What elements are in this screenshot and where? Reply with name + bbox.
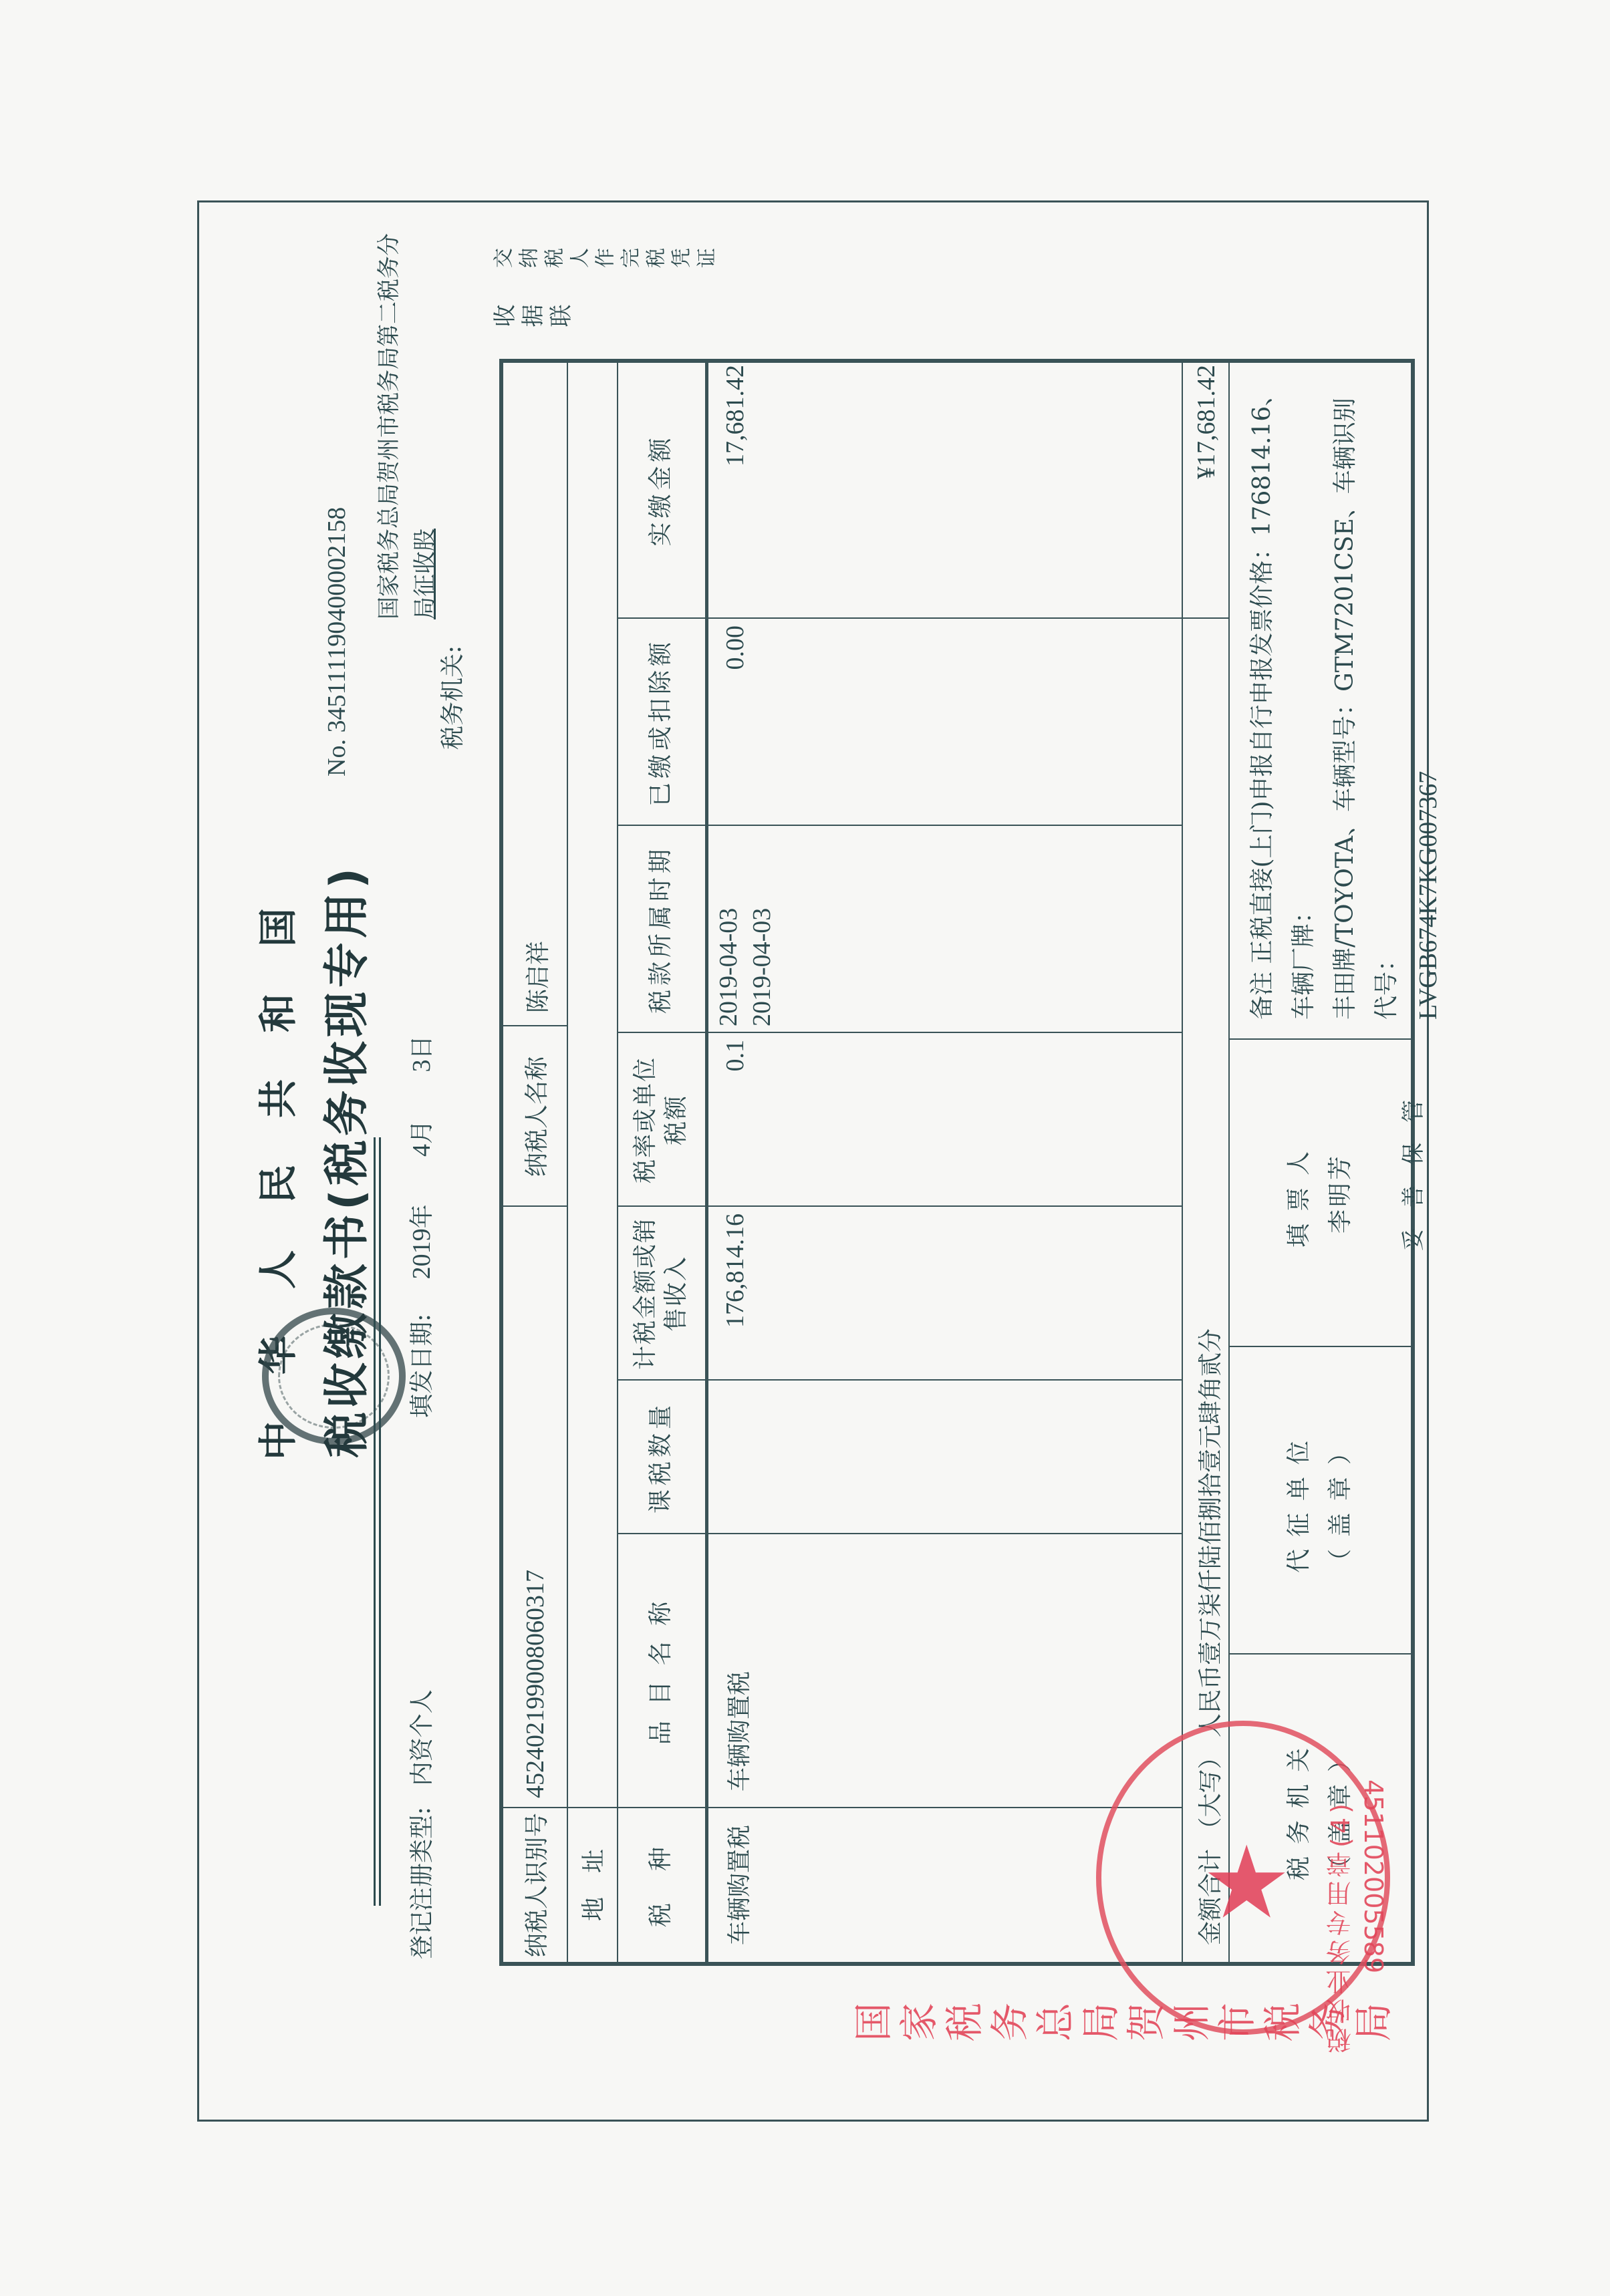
day-unit: 日 bbox=[403, 1035, 437, 1059]
seal-org-text: 国家税务总局贺州市税务局 bbox=[853, 1997, 1398, 2053]
issue-date-label: 填发日期: bbox=[403, 1314, 437, 1418]
filler-label: 填票人 bbox=[1279, 1139, 1320, 1248]
ticket-number-value: 345111190400002158 bbox=[323, 507, 351, 733]
period-start: 2019-04-03 bbox=[712, 908, 745, 1026]
cell-rate: 0.1 bbox=[720, 1040, 750, 1207]
registration-type: 登记注册类型: 内资个人 bbox=[403, 1689, 437, 1959]
period-end: 2019-04-03 bbox=[745, 908, 779, 1026]
col-header-period: 税款所属时期 bbox=[617, 826, 705, 1033]
issue-date-year: 2019 bbox=[407, 1228, 436, 1279]
col-header-rate: 税率或单位税额 bbox=[617, 1046, 705, 1193]
cell-tax-type: 车辆购置税 bbox=[720, 1825, 755, 1945]
tax-office-value: 国家税务总局贺州市税务局第二税务分 局征收股 bbox=[371, 205, 443, 619]
issue-date-month: 4 bbox=[407, 1144, 436, 1157]
title-underline bbox=[374, 1137, 376, 1906]
taxpayer-name-value: 陈启祥 bbox=[519, 941, 553, 1013]
row-divider bbox=[1182, 363, 1183, 1962]
col-header-quantity: 课税数量 bbox=[617, 1381, 705, 1534]
cell-item-name: 车辆购置税 bbox=[720, 1671, 755, 1791]
year-unit: 年 bbox=[403, 1204, 437, 1228]
keep-safe-note: 妥善保管 bbox=[1395, 1080, 1428, 1251]
col-header-taxable-amount: 计税金额或销售收入 bbox=[617, 1213, 705, 1374]
remarks-label: 备注 bbox=[1248, 972, 1276, 1020]
remarks-line2: 丰田牌/TOYOTA、车辆型号：GTM7201CSE、车辆识别代号： bbox=[1325, 382, 1407, 1020]
seal-star-icon: ★ bbox=[1202, 1833, 1291, 1933]
cell-actual-paid: 17,681.42 bbox=[720, 365, 750, 619]
title-country: 中华人民共和国 bbox=[247, 202, 303, 2120]
total-amount: ¥17,681.42 bbox=[1192, 365, 1221, 619]
address-label: 地 址 bbox=[567, 1808, 617, 1962]
agent-label: 代征单位 bbox=[1279, 1429, 1320, 1573]
remarks-line3: LVGB674K7KG007367 bbox=[1407, 382, 1449, 1020]
taxpayer-id-label: 纳税人识别号 bbox=[503, 1808, 567, 1962]
title-form-name: 税收缴款书(税务收现专用) bbox=[311, 202, 376, 2120]
taxpayer-id-value: 452402199008060317 bbox=[521, 1570, 550, 1798]
ticket-number-label: No. bbox=[323, 739, 351, 776]
copy-name-label: 收据联 bbox=[493, 301, 577, 334]
month-unit: 月 bbox=[403, 1120, 437, 1144]
cell-period: 2019-04-03 2019-04-03 bbox=[712, 908, 779, 1026]
filler-name: 李明芳 bbox=[1320, 1153, 1361, 1234]
seal-number-text: 451102005589 bbox=[1359, 1779, 1388, 1973]
copy-purpose-label: 交纳税人作完税凭证 bbox=[493, 246, 721, 275]
col-divider bbox=[617, 1205, 1182, 1207]
tax-office-label: 税务机关: bbox=[434, 645, 468, 750]
official-seal: ★ 国家税务总局贺州市税务局 税收业务专用章(4) 451102005589 bbox=[1096, 1721, 1390, 2035]
row-divider bbox=[567, 363, 568, 1962]
agent-note: （盖章） bbox=[1320, 1429, 1361, 1573]
total-uppercase-value: 人民币壹万柒仟陆佰捌拾壹元肆角贰分 bbox=[1197, 1328, 1224, 1737]
header-divider bbox=[705, 363, 708, 1962]
col-header-item-name: 品 目 名 称 bbox=[617, 1534, 705, 1808]
issue-date-day: 3 bbox=[407, 1059, 436, 1072]
remarks-box: 备注 正税直接(上门)申报自行申报发票价格：176814.16、车辆厂牌： 丰田… bbox=[1228, 362, 1411, 1040]
tax-office-line1: 国家税务总局贺州市税务局第二税务分 bbox=[371, 205, 407, 619]
agent-seal-box: 代征单位 （盖章） bbox=[1228, 1347, 1411, 1655]
col-header-tax-type: 税 种 bbox=[617, 1808, 705, 1962]
registration-type-value: 内资个人 bbox=[403, 1689, 437, 1785]
cell-paid-deducted: 0.00 bbox=[720, 625, 750, 826]
col-header-actual-paid: 实缴金额 bbox=[617, 362, 705, 619]
title-underline bbox=[379, 1137, 381, 1906]
cell-taxable-amount: 176,814.16 bbox=[720, 1213, 750, 1381]
taxpayer-name-label: 纳税人名称 bbox=[503, 1026, 567, 1207]
col-header-paid-deducted: 已缴或扣除额 bbox=[617, 619, 705, 826]
seal-purpose-text: 税收业务专用章(4) bbox=[1322, 1800, 1359, 2053]
tax-office-line2: 局征收股 bbox=[407, 205, 443, 619]
issue-date: 填发日期: 2019年 4月 3日 bbox=[403, 1035, 437, 1418]
ticket-number: No. 345111190400002158 bbox=[322, 507, 352, 776]
filler-box: 填票人 李明芳 bbox=[1228, 1040, 1411, 1347]
registration-type-label: 登记注册类型: bbox=[403, 1807, 437, 1959]
remarks-line1: 正税直接(上门)申报自行申报发票价格：176814.16、车辆厂牌： bbox=[1248, 382, 1317, 1020]
